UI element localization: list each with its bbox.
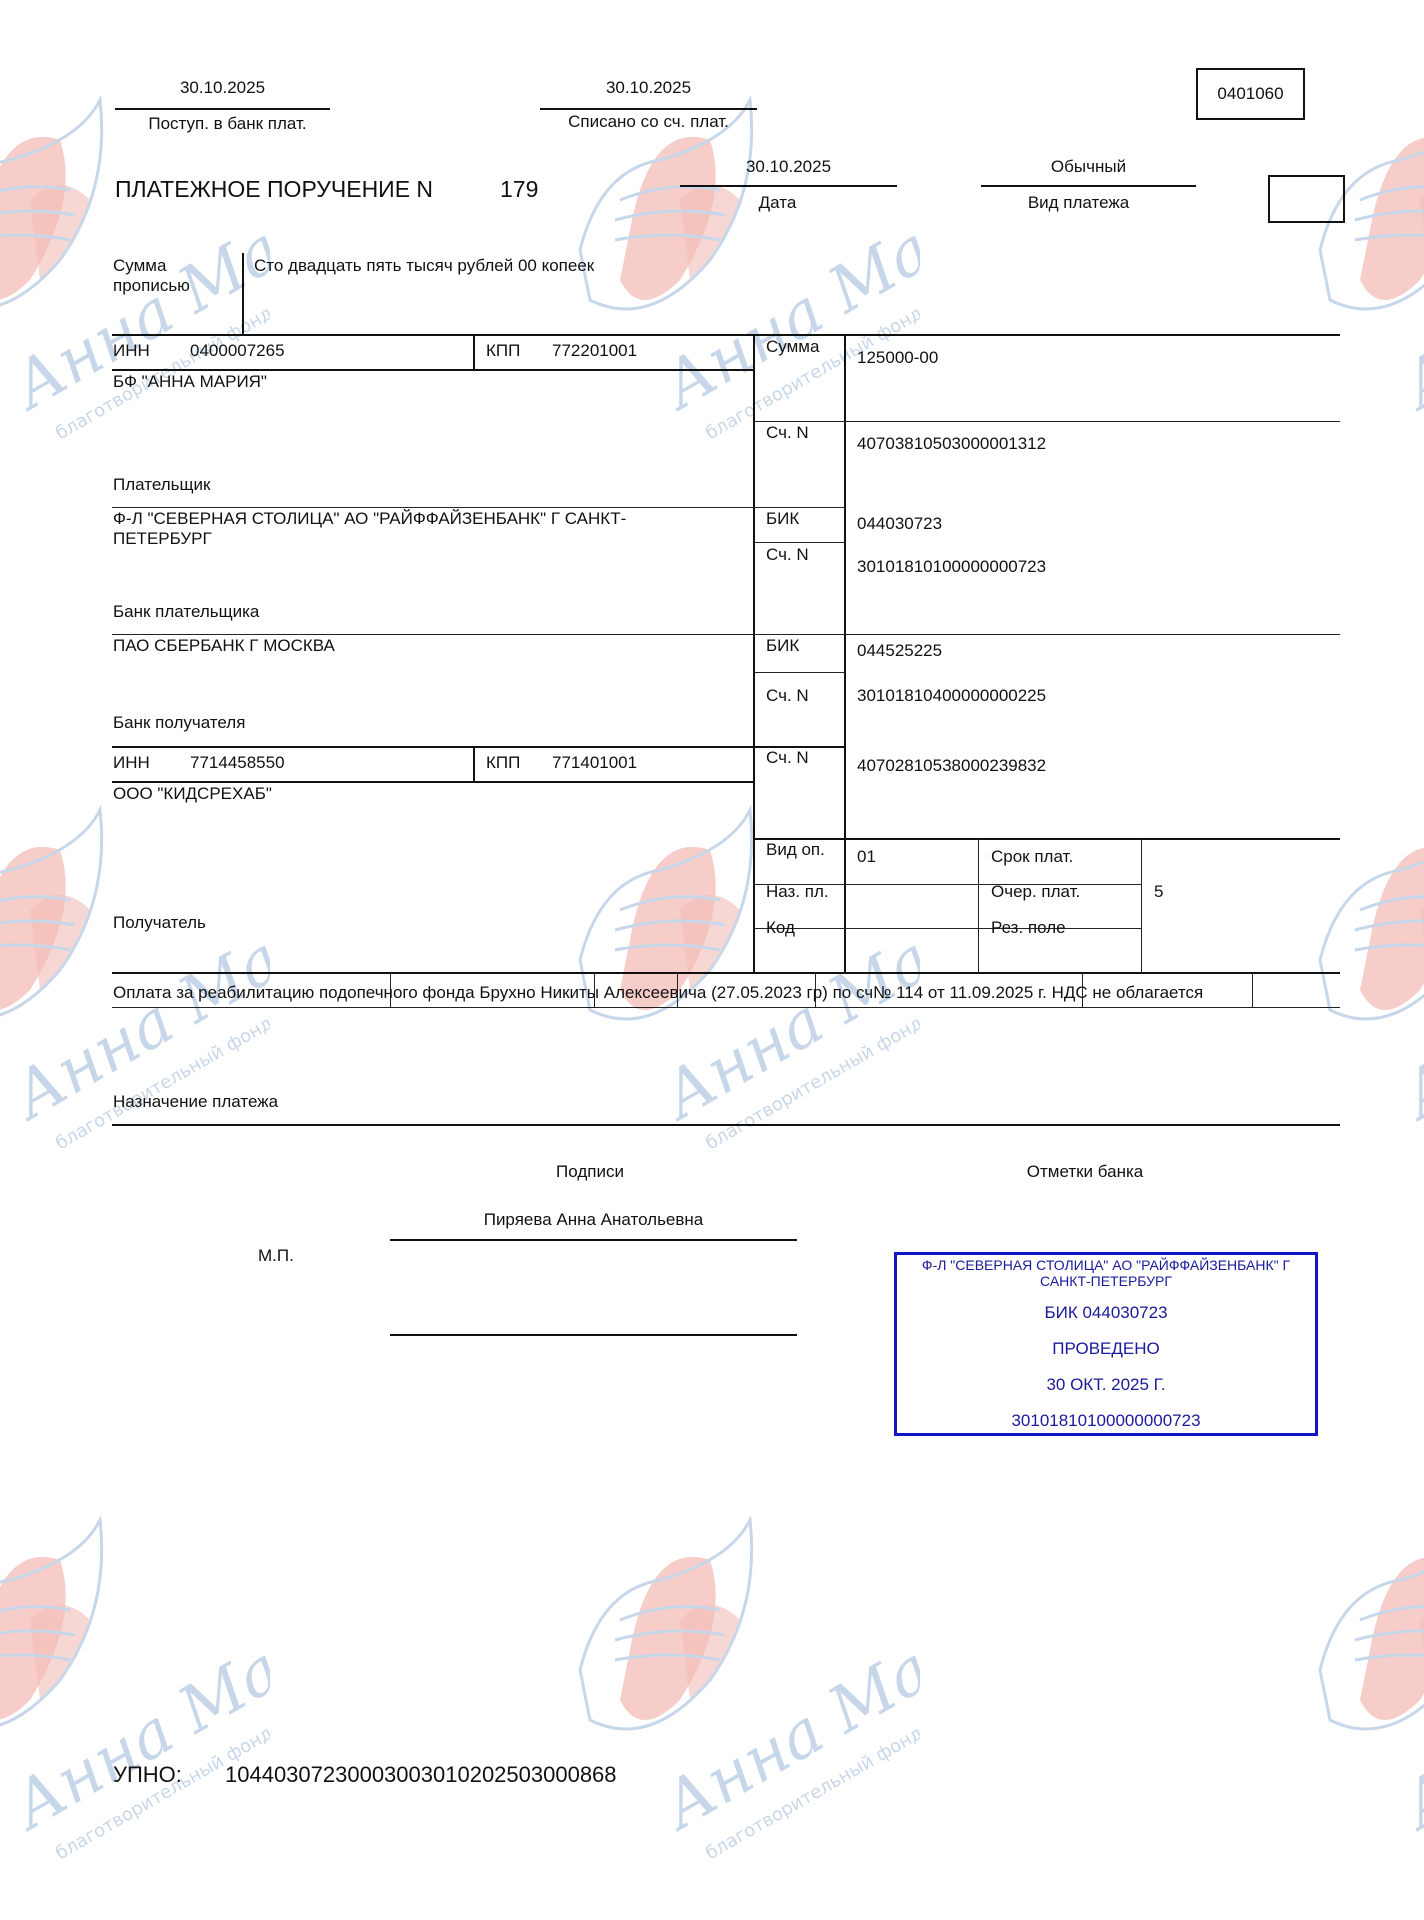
form-code: 0401060 — [1198, 84, 1303, 104]
divider — [754, 838, 1340, 840]
divider — [680, 185, 897, 187]
empty-code-box — [1268, 175, 1345, 223]
priority-label: Очер. плат. — [991, 882, 1080, 902]
recipient-inn-label: ИНН — [113, 753, 150, 773]
divider — [115, 108, 330, 110]
payer-inn: 0400007265 — [190, 341, 285, 361]
payer-bank-label: Банк плательщика — [113, 602, 259, 622]
payer-bank-account-label: Сч. N — [766, 545, 809, 565]
bank-marks-label: Отметки банка — [935, 1162, 1235, 1182]
payer-account: 40703810503000001312 — [857, 434, 1046, 454]
divider — [754, 928, 1141, 929]
purpose-text: Оплата за реабилитацию подопечного фонда… — [113, 983, 1313, 1003]
priority-value: 5 — [1154, 882, 1163, 902]
amount-words-value: Сто двадцать пять тысяч рублей 00 копеек — [254, 256, 594, 276]
payment-type-label: Вид платежа — [981, 193, 1176, 213]
divider — [754, 542, 845, 543]
divider — [1141, 839, 1142, 973]
svg-text:благотворительный фонд: благотворительный фонд — [702, 1013, 920, 1155]
svg-text:благотворительный фонд: благотворительный фонд — [702, 1723, 920, 1865]
svg-text:благотворительный фонд: благотворительный фонд — [702, 303, 920, 445]
divider — [112, 507, 845, 508]
divider — [112, 369, 754, 371]
amount-words-label: Сумма прописью — [113, 256, 233, 296]
payer-bank-account: 30101810100000000723 — [857, 557, 1046, 577]
upno-value: 10440307230003003010202503000868 — [225, 1762, 617, 1788]
recipient-bank-account-label: Сч. N — [766, 686, 809, 706]
divider — [540, 108, 757, 110]
purpose-code-label: Наз. пл. — [766, 882, 829, 902]
due-label: Срок плат. — [991, 847, 1073, 867]
payer-kpp-label: КПП — [486, 341, 520, 361]
payer-kpp: 772201001 — [552, 341, 637, 361]
divider — [473, 335, 475, 370]
watermark-logo-icon: Анна Марияблаготворительный фонд — [0, 1500, 270, 1900]
order-date: 30.10.2025 — [680, 157, 897, 177]
recipient-account: 40702810538000239832 — [857, 756, 1046, 776]
payer-name: БФ "АННА МАРИЯ" — [113, 372, 267, 392]
bank-stamp: Ф-Л "СЕВЕРНАЯ СТОЛИЦА" АО "РАЙФФАЙЗЕНБАН… — [894, 1252, 1318, 1436]
code-label: Код — [766, 918, 795, 938]
watermark-logo-icon: Анна Марияблаготворительный фонд — [560, 80, 920, 480]
stamp-bank-name: Ф-Л "СЕВЕРНАЯ СТОЛИЦА" АО "РАЙФФАЙЗЕНБАН… — [897, 1257, 1315, 1289]
payer-bank-bik: 044030723 — [857, 514, 942, 534]
divider — [112, 972, 1340, 974]
op-type: 01 — [857, 847, 876, 867]
watermark-logo-icon: Анна Марияблаготворительный фонд — [1300, 80, 1424, 480]
divider — [473, 747, 475, 782]
svg-text:Анна Мария: Анна Мария — [648, 1570, 920, 1846]
divider — [981, 185, 1196, 187]
payer-label: Плательщик — [113, 475, 210, 495]
stamp-status: ПРОВЕДЕНО — [897, 1339, 1315, 1359]
debited-label: Списано со сч. плат. — [540, 112, 757, 132]
signatures-label: Подписи — [390, 1162, 790, 1182]
divider — [112, 1124, 1340, 1126]
divider — [754, 672, 845, 673]
recipient-kpp-label: КПП — [486, 753, 520, 773]
divider — [112, 634, 1340, 635]
order-number: 179 — [500, 176, 538, 202]
svg-text:Анна Мария: Анна Мария — [1388, 1570, 1424, 1846]
page-title: ПЛАТЕЖНОЕ ПОРУЧЕНИЕ N — [115, 176, 433, 202]
payer-bank-name: Ф-Л "СЕВЕРНАЯ СТОЛИЦА" АО "РАЙФФАЙЗЕНБАН… — [113, 509, 713, 549]
svg-text:благотворительный фонд: благотворительный фонд — [52, 1013, 270, 1155]
seal-label: М.П. — [258, 1246, 294, 1266]
debited-date: 30.10.2025 — [540, 78, 757, 98]
svg-text:Анна Мария: Анна Мария — [1388, 860, 1424, 1136]
divider — [112, 334, 1340, 336]
stamp-bik: БИК 044030723 — [897, 1303, 1315, 1323]
purpose-label: Назначение платежа — [113, 1092, 278, 1112]
signer-name: Пиряева Анна Анатольевна — [390, 1210, 797, 1230]
order-date-label: Дата — [680, 193, 875, 213]
sum-value: 125000-00 — [857, 348, 938, 368]
signature-line — [390, 1334, 797, 1336]
payer-account-label: Сч. N — [766, 423, 809, 443]
stamp-account: 30101810100000000723 — [897, 1411, 1315, 1431]
divider — [242, 253, 244, 335]
recipient-kpp: 771401001 — [552, 753, 637, 773]
payment-type: Обычный — [981, 157, 1196, 177]
svg-text:благотворительный фонд: благотворительный фонд — [52, 1723, 270, 1865]
form-code-box: 0401060 — [1196, 68, 1305, 120]
divider — [754, 421, 1340, 422]
divider — [112, 1007, 1340, 1008]
recipient-bank-account: 30101810400000000225 — [857, 686, 1046, 706]
stamp-date: 30 ОКТ. 2025 Г. — [897, 1375, 1315, 1395]
watermark-logo-icon: Анна Марияблаготворительный фонд — [1300, 790, 1424, 1190]
watermark-logo-icon: Анна Марияблаготворительный фонд — [1300, 1500, 1424, 1900]
recipient-name: ООО "КИДСРЕХАБ" — [113, 784, 272, 804]
signature-line — [390, 1239, 797, 1241]
op-type-label: Вид оп. — [766, 840, 825, 860]
watermark-logo-icon: Анна Марияблаготворительный фонд — [560, 1500, 920, 1900]
divider — [112, 746, 845, 748]
recipient-label: Получатель — [113, 913, 206, 933]
divider — [112, 781, 754, 783]
sum-label: Сумма — [766, 337, 819, 357]
svg-text:Анна Мария: Анна Мария — [1388, 150, 1424, 426]
payer-bank-bik-label: БИК — [766, 509, 799, 529]
svg-text:Анна Мария: Анна Мария — [648, 150, 920, 426]
payer-inn-label: ИНН — [113, 341, 150, 361]
received-label: Поступ. в банк плат. — [115, 114, 340, 134]
divider — [978, 839, 979, 973]
upno-label: УПНО: — [113, 1762, 182, 1788]
divider — [753, 335, 755, 973]
divider — [844, 335, 846, 973]
recipient-bank-bik: 044525225 — [857, 641, 942, 661]
received-date: 30.10.2025 — [115, 78, 330, 98]
reserve-label: Рез. поле — [991, 918, 1066, 938]
recipient-bank-bik-label: БИК — [766, 636, 799, 656]
recipient-inn: 7714458550 — [190, 753, 285, 773]
recipient-account-label: Сч. N — [766, 748, 809, 768]
svg-text:Анна Мария: Анна Мария — [0, 1570, 270, 1846]
recipient-bank-name: ПАО СБЕРБАНК Г МОСКВА — [113, 636, 335, 656]
recipient-bank-label: Банк получателя — [113, 713, 245, 733]
